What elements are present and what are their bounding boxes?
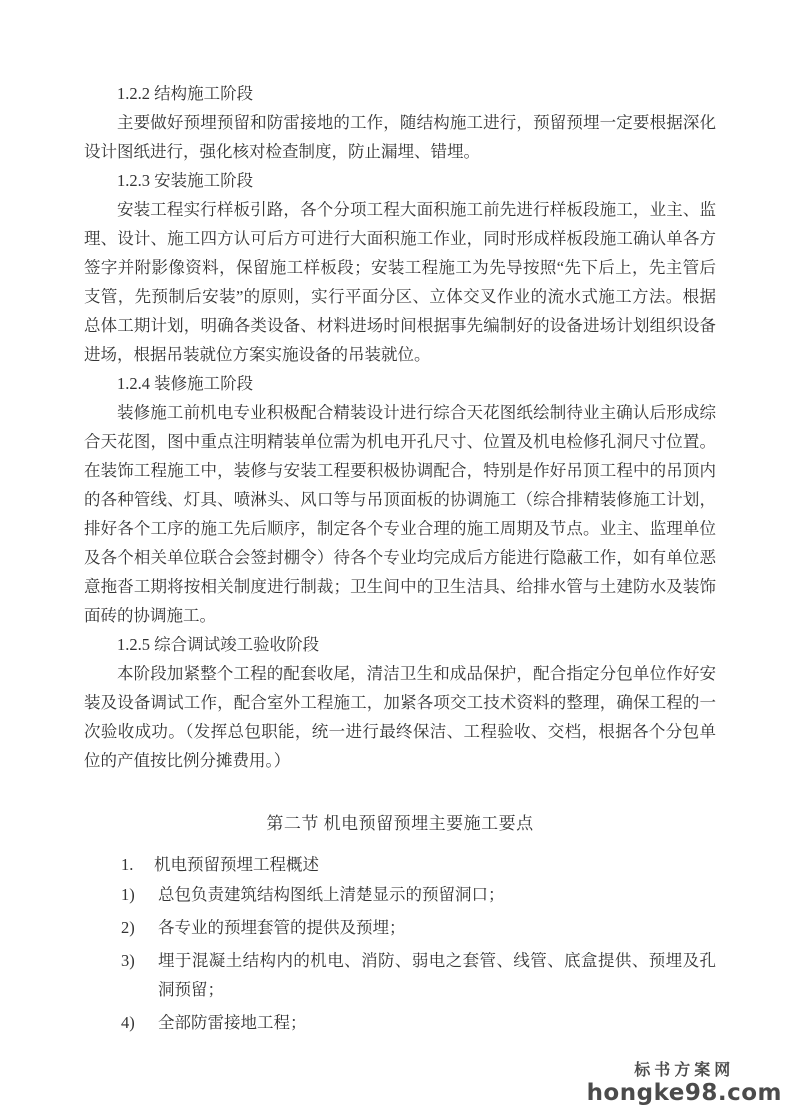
paragraph-decoration-stage: 装修施工前机电专业积极配合精装设计进行综合天花图纸绘制待业主确认后形成综合天花图…	[84, 398, 716, 630]
list-heading-text: 机电预留预埋工程概述	[154, 850, 319, 879]
watermark: 标书方案网 hongke98.com	[587, 1060, 782, 1106]
numbered-list: 1) 总包负责建筑结构图纸上清楚显示的预留洞口； 2) 各专业的预埋套管的提供及…	[84, 880, 716, 1037]
list-item: 1) 总包负责建筑结构图纸上清楚显示的预留洞口；	[84, 880, 716, 909]
list-item: 4) 全部防雷接地工程；	[84, 1008, 716, 1037]
heading-installation-stage: 1.2.3 安装施工阶段	[84, 166, 716, 195]
list-item-text: 埋于混凝土结构内的机电、消防、弱电之套管、线管、底盒提供、预埋及孔洞预留；	[158, 946, 716, 1004]
list-item-number: 2)	[121, 913, 158, 942]
heading-decoration-stage: 1.2.4 装修施工阶段	[84, 369, 716, 398]
heading-structure-stage: 1.2.2 结构施工阶段	[84, 79, 716, 108]
section-title: 第二节 机电预留预埋主要施工要点	[84, 809, 716, 838]
heading-commissioning-stage: 1.2.5 综合调试竣工验收阶段	[84, 630, 716, 659]
list-item-number: 1)	[121, 880, 158, 909]
list-item: 2) 各专业的预埋套管的提供及预埋；	[84, 913, 716, 942]
paragraph-commissioning-stage: 本阶段加紧整个工程的配套收尾，清洁卫生和成品保护，配合指定分包单位作好安装及设备…	[84, 659, 716, 775]
watermark-site-url: hongke98.com	[587, 1080, 782, 1106]
list-heading-number: 1.	[121, 850, 154, 879]
document-page: 1.2.2 结构施工阶段 主要做好预埋预留和防雷接地的工作，随结构施工进行，预留…	[0, 0, 790, 1118]
document-content: 1.2.2 结构施工阶段 主要做好预埋预留和防雷接地的工作，随结构施工进行，预留…	[84, 79, 716, 1041]
list-heading: 1. 机电预留预埋工程概述	[84, 850, 716, 879]
list-item-text: 各专业的预埋套管的提供及预埋；	[158, 913, 716, 942]
list-item-text: 全部防雷接地工程；	[158, 1008, 716, 1037]
list-item-text: 总包负责建筑结构图纸上清楚显示的预留洞口；	[158, 880, 716, 909]
list-item-number: 3)	[121, 946, 158, 1004]
list-item: 3) 埋于混凝土结构内的机电、消防、弱电之套管、线管、底盒提供、预埋及孔洞预留；	[84, 946, 716, 1004]
list-item-number: 4)	[121, 1008, 158, 1037]
watermark-site-name: 标书方案网	[587, 1060, 782, 1080]
paragraph-installation-stage: 安装工程实行样板引路，各个分项工程大面积施工前先进行样板段施工，业主、监理、设计…	[84, 195, 716, 369]
paragraph-structure-stage: 主要做好预埋预留和防雷接地的工作，随结构施工进行，预留预埋一定要根据深化设计图纸…	[84, 108, 716, 166]
